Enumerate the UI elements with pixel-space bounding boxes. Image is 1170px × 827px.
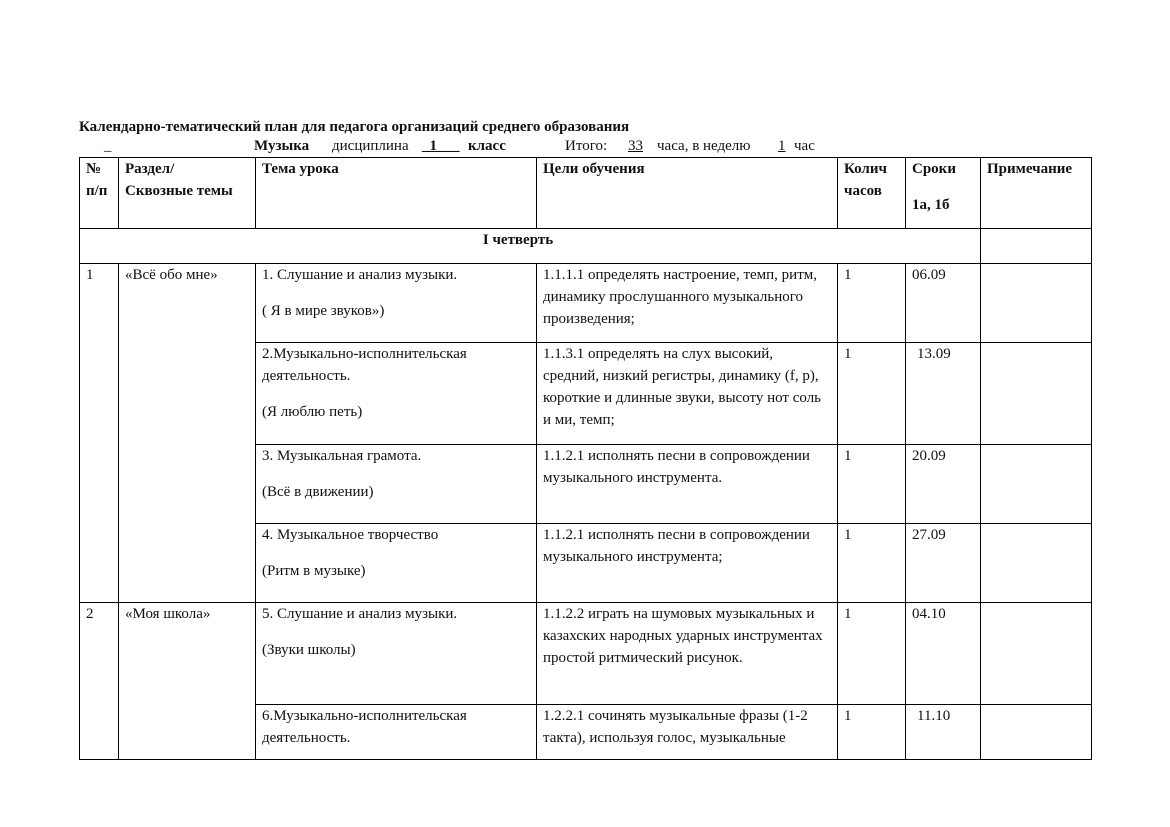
total-label: Итого:: [565, 138, 607, 155]
lesson-note: [981, 603, 1092, 705]
lesson-topic: 6.Музыкально-исполнительская деятельност…: [256, 705, 537, 760]
weekly-hours: 1: [778, 138, 786, 155]
section-num: 2: [80, 603, 119, 760]
lesson-goal: 1.1.2.1 исполнять песни в сопровождении …: [537, 445, 838, 524]
lesson-date: 13.09: [906, 343, 981, 445]
document-title: Календарно-тематический план для педагог…: [79, 119, 629, 136]
lesson-hours: 1: [838, 264, 906, 343]
thematic-plan-table: №п/п Раздел/Сквозные темы Тема урока Цел…: [79, 157, 1092, 760]
lesson-date: 11.10: [906, 705, 981, 760]
lesson-topic: 1. Слушание и анализ музыки.( Я в мире з…: [256, 264, 537, 343]
section-name: «Моя школа»: [119, 603, 256, 760]
table-header-row: №п/п Раздел/Сквозные темы Тема урока Цел…: [80, 158, 1092, 229]
lesson-date: 04.10: [906, 603, 981, 705]
table-row: 1 «Всё обо мне» 1. Слушание и анализ муз…: [80, 264, 1092, 343]
subject-name: Музыка: [254, 138, 309, 155]
hours-week-label: часа, в неделю: [657, 138, 751, 155]
lesson-hours: 1: [838, 343, 906, 445]
lesson-note: [981, 264, 1092, 343]
table-row: 2 «Моя школа» 5. Слушание и анализ музык…: [80, 603, 1092, 705]
lesson-goal: 1.1.1.1 определять настроение, темп, рит…: [537, 264, 838, 343]
lesson-hours: 1: [838, 524, 906, 603]
blank-field: _: [104, 138, 112, 155]
quarter-label: I четверть: [80, 229, 981, 264]
document-subline: _ Музыка дисциплина _1___ класс Итого: 3…: [0, 138, 1170, 156]
header-hours: Количчасов: [838, 158, 906, 229]
lesson-note: [981, 445, 1092, 524]
lesson-topic: 3. Музыкальная грамота.(Всё в движении): [256, 445, 537, 524]
lesson-hours: 1: [838, 705, 906, 760]
grade-value: 1: [430, 138, 438, 154]
total-hours: 33: [628, 138, 643, 155]
lesson-goal: 1.1.3.1 определять на слух высокий, сред…: [537, 343, 838, 445]
header-goals: Цели обучения: [537, 158, 838, 229]
section-name: «Всё обо мне»: [119, 264, 256, 603]
lesson-note: [981, 705, 1092, 760]
lesson-date: 27.09: [906, 524, 981, 603]
grade-field: _1___: [422, 138, 460, 155]
discipline-label: дисциплина: [332, 138, 409, 155]
lesson-topic: 5. Слушание и анализ музыки.(Звуки школы…: [256, 603, 537, 705]
quarter-note-cell: [981, 229, 1092, 264]
lesson-goal: 1.2.2.1 сочинять музыкальные фразы (1-2 …: [537, 705, 838, 760]
lesson-date: 20.09: [906, 445, 981, 524]
lesson-note: [981, 343, 1092, 445]
lesson-topic: 2.Музыкально-исполнительская деятельност…: [256, 343, 537, 445]
section-num: 1: [80, 264, 119, 603]
lesson-hours: 1: [838, 445, 906, 524]
header-dates: Сроки1а, 1б: [906, 158, 981, 229]
lesson-topic: 4. Музыкальное творчество(Ритм в музыке): [256, 524, 537, 603]
lesson-goal: 1.1.2.1 исполнять песни в сопровождении …: [537, 524, 838, 603]
hour-label: час: [794, 138, 815, 155]
lesson-note: [981, 524, 1092, 603]
lesson-goal: 1.1.2.2 играть на шумовых музыкальных и …: [537, 603, 838, 705]
class-label: класс: [468, 138, 506, 155]
quarter-row: I четверть: [80, 229, 1092, 264]
header-section: Раздел/Сквозные темы: [119, 158, 256, 229]
header-topic: Тема урока: [256, 158, 537, 229]
lesson-hours: 1: [838, 603, 906, 705]
lesson-date: 06.09: [906, 264, 981, 343]
header-num: №п/п: [80, 158, 119, 229]
header-notes: Примечание: [981, 158, 1092, 229]
